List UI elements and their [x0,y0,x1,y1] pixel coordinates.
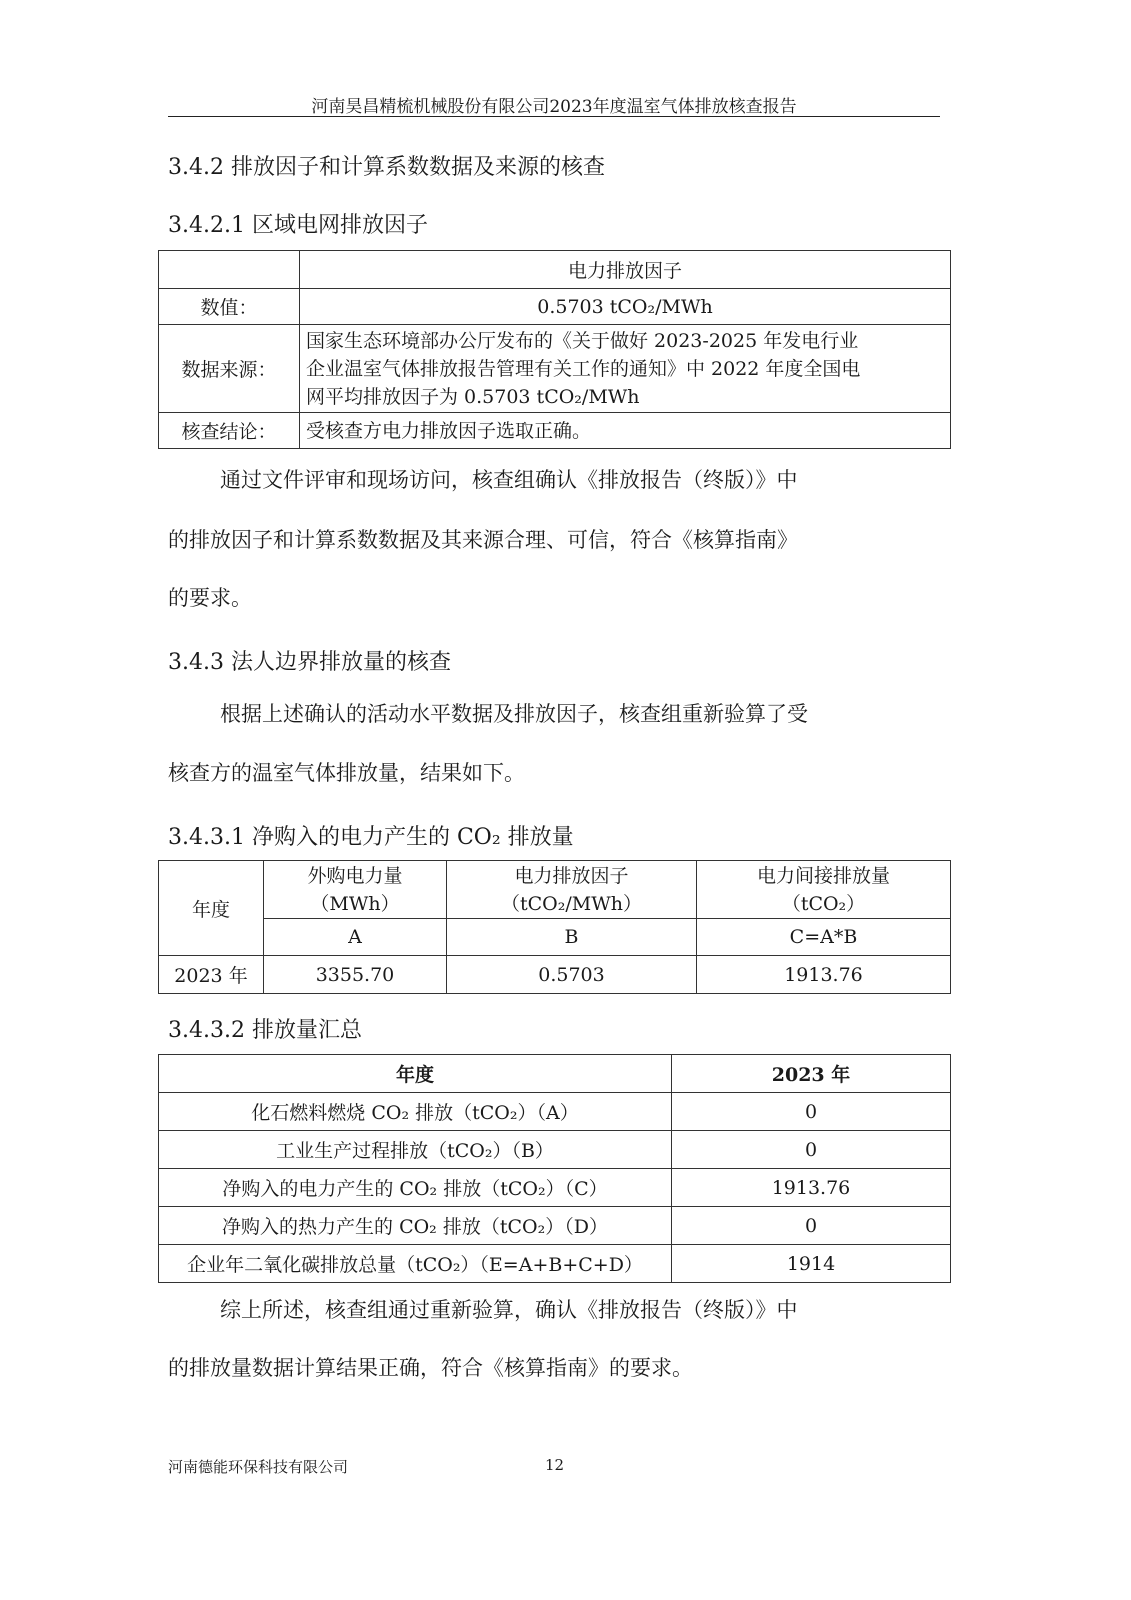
summary-row-value: 0 [672,1207,951,1245]
summary-row-label: 净购入的热力产生的 CO₂ 排放（tCO₂）（D） [159,1207,672,1245]
section-3-4-3-2-heading: 3.4.3.2 排放量汇总 [168,1013,362,1044]
paragraph-line: 通过文件评审和现场访问，核查组确认《排放报告（终版）》中 [220,470,798,491]
col-symbol: B [447,919,697,956]
electricity-emission-table: 年度 外购电力量 （MWh） 电力排放因子 （tCO₂/MWh） 电力间接排放量… [158,860,951,994]
year-cell: 2023 年 [159,956,264,994]
paragraph-line: 的排放量数据计算结果正确，符合《核算指南》的要求。 [168,1358,693,1379]
paragraph-line: 的排放因子和计算系数数据及其来源合理、可信，符合《核算指南》 [168,530,798,551]
col-unit: （tCO₂/MWh） [453,890,690,918]
col-name: 外购电力量 [270,862,440,890]
source-label: 数据来源： [159,325,300,413]
conclusion-cell: 受核查方电力排放因子选取正确。 [300,413,951,449]
factor-header: 电力排放因子 [300,251,951,289]
summary-row-label: 工业生产过程排放（tCO₂）（B） [159,1131,672,1169]
summary-row-value: 0 [672,1131,951,1169]
col-name: 电力间接排放量 [703,862,944,890]
col-header: 电力间接排放量 （tCO₂） [697,861,951,919]
paragraph-line: 根据上述确认的活动水平数据及排放因子，核查组重新验算了受 [220,704,808,725]
value-label: 数值： [159,289,300,325]
page-header: 河南昊昌精梳机械股份有限公司2023年度温室气体排放核查报告 [168,92,940,117]
footer-company: 河南德能环保科技有限公司 [168,1456,348,1477]
col-header: 电力排放因子 （tCO₂/MWh） [447,861,697,919]
year-header: 年度 [159,861,264,956]
col-unit: （MWh） [270,890,440,918]
source-line: 国家生态环境部办公厅发布的《关于做好 2023-2025 年发电行业 [306,327,944,355]
page-number: 12 [545,1456,564,1474]
value-cell: 1913.76 [697,956,951,994]
summary-row-label: 企业年二氧化碳排放总量（tCO₂）（E=A+B+C+D） [159,1245,672,1283]
paragraph-line: 的要求。 [168,588,252,609]
section-3-4-2-1-heading: 3.4.2.1 区域电网排放因子 [168,208,428,239]
empty-cell [159,251,300,289]
source-cell: 国家生态环境部办公厅发布的《关于做好 2023-2025 年发电行业 企业温室气… [300,325,951,413]
col-unit: （tCO₂） [703,890,944,918]
section-3-4-3-1-heading: 3.4.3.1 净购入的电力产生的 CO₂ 排放量 [168,820,574,851]
conclusion-label: 核查结论： [159,413,300,449]
col-symbol: C=A*B [697,919,951,956]
source-line: 企业温室气体排放报告管理有关工作的通知》中 2022 年度全国电 [306,355,944,383]
value-cell: 3355.70 [264,956,447,994]
summary-row-value: 1913.76 [672,1169,951,1207]
header-rule [168,116,940,117]
emission-factor-table: 电力排放因子 数值： 0.5703 tCO₂/MWh 数据来源： 国家生态环境部… [158,250,951,449]
paragraph-line: 核查方的温室气体排放量，结果如下。 [168,763,525,784]
value-cell: 0.5703 [447,956,697,994]
summary-header-year: 2023 年 [672,1055,951,1093]
summary-row-value: 1914 [672,1245,951,1283]
col-name: 电力排放因子 [453,862,690,890]
section-3-4-3-heading: 3.4.3 法人边界排放量的核查 [168,645,451,676]
summary-row-label: 化石燃料燃烧 CO₂ 排放（tCO₂）（A） [159,1093,672,1131]
col-symbol: A [264,919,447,956]
summary-row-label: 净购入的电力产生的 CO₂ 排放（tCO₂）（C） [159,1169,672,1207]
section-3-4-2-heading: 3.4.2 排放因子和计算系数数据及来源的核查 [168,150,605,181]
value-cell: 0.5703 tCO₂/MWh [300,289,951,325]
paragraph-line: 综上所述，核查组通过重新验算，确认《排放报告（终版）》中 [220,1300,798,1321]
summary-header-label: 年度 [159,1055,672,1093]
col-header: 外购电力量 （MWh） [264,861,447,919]
source-line: 网平均排放因子为 0.5703 tCO₂/MWh [306,383,944,411]
summary-row-value: 0 [672,1093,951,1131]
emission-summary-table: 年度 2023 年 化石燃料燃烧 CO₂ 排放（tCO₂）（A） 0 工业生产过… [158,1054,951,1283]
